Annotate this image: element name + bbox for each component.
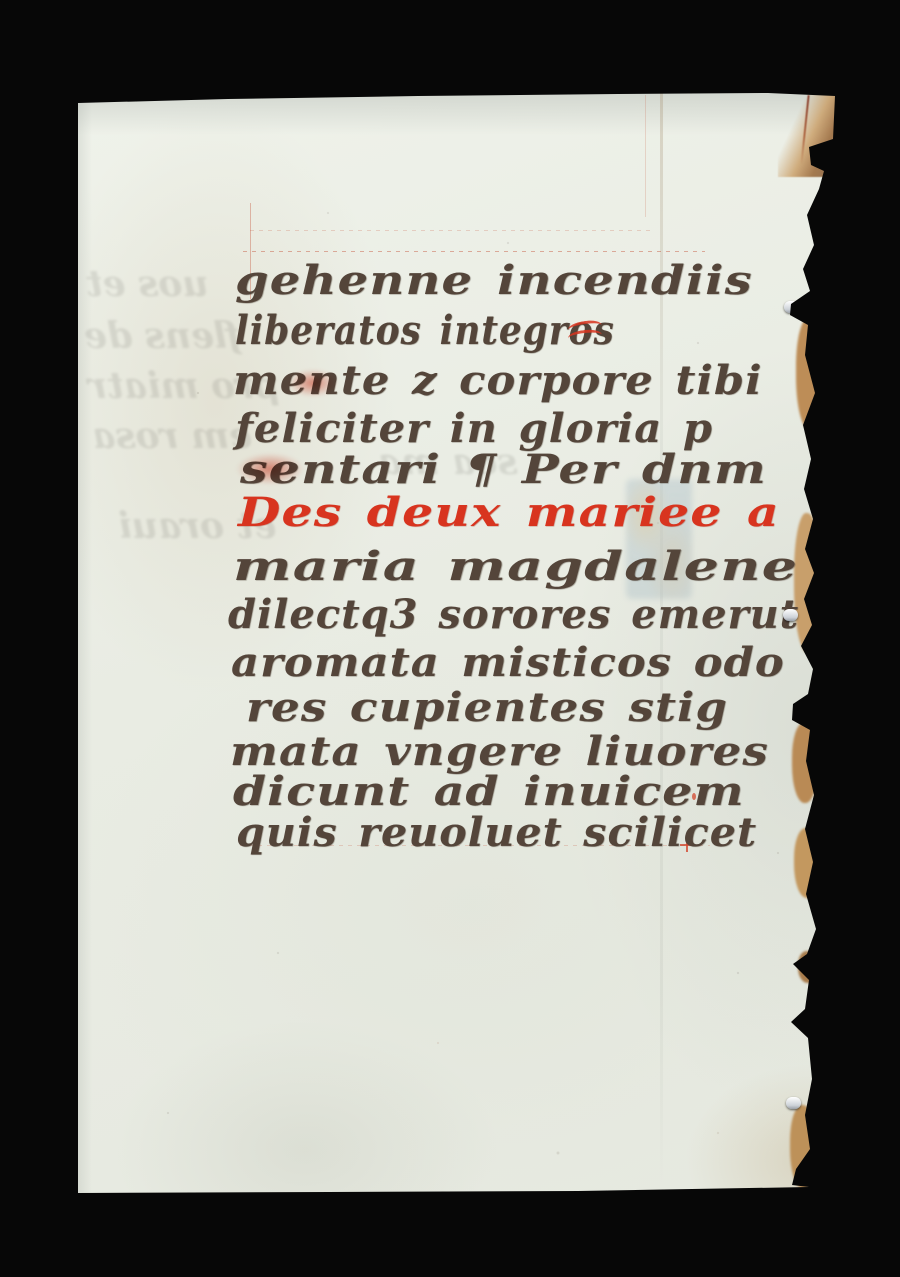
script-line-2: liberatos integros	[235, 311, 615, 351]
script-line-1: gehenne incendiis	[235, 261, 753, 301]
manuscript-leaf: uos et flens de pro miatr em rosa sca ma…	[78, 93, 836, 1193]
script-line-13: quis reuoluet scilicet	[236, 813, 757, 853]
red-line-filler-flourish	[568, 321, 606, 341]
script-line-8: dilectq3 sorores emerut	[228, 595, 799, 635]
mount-clip	[783, 609, 798, 621]
red-touch-mark	[288, 369, 338, 397]
script-line-11: mata vngere liuores	[230, 732, 769, 772]
script-line-12: dicunt ad inuicem	[233, 772, 745, 812]
text-block: gehenne incendiis liberatos integros men…	[78, 93, 836, 1193]
photo-background: uos et flens de pro miatr em rosa sca ma…	[0, 0, 900, 1277]
script-line-4: feliciter in gloria p	[235, 409, 713, 449]
mount-clip	[784, 301, 799, 313]
script-line-9: aromata misticos odo	[231, 643, 785, 683]
script-line-10: res cupientes stig	[246, 688, 728, 728]
script-line-7: maria magdalene	[233, 547, 798, 587]
red-touch-mark	[236, 453, 304, 485]
mount-clip	[786, 1097, 801, 1109]
script-line-6-rubric: Des deux mariee a	[238, 493, 780, 533]
script-line-5: sentari ¶ Per dnm	[240, 450, 767, 490]
